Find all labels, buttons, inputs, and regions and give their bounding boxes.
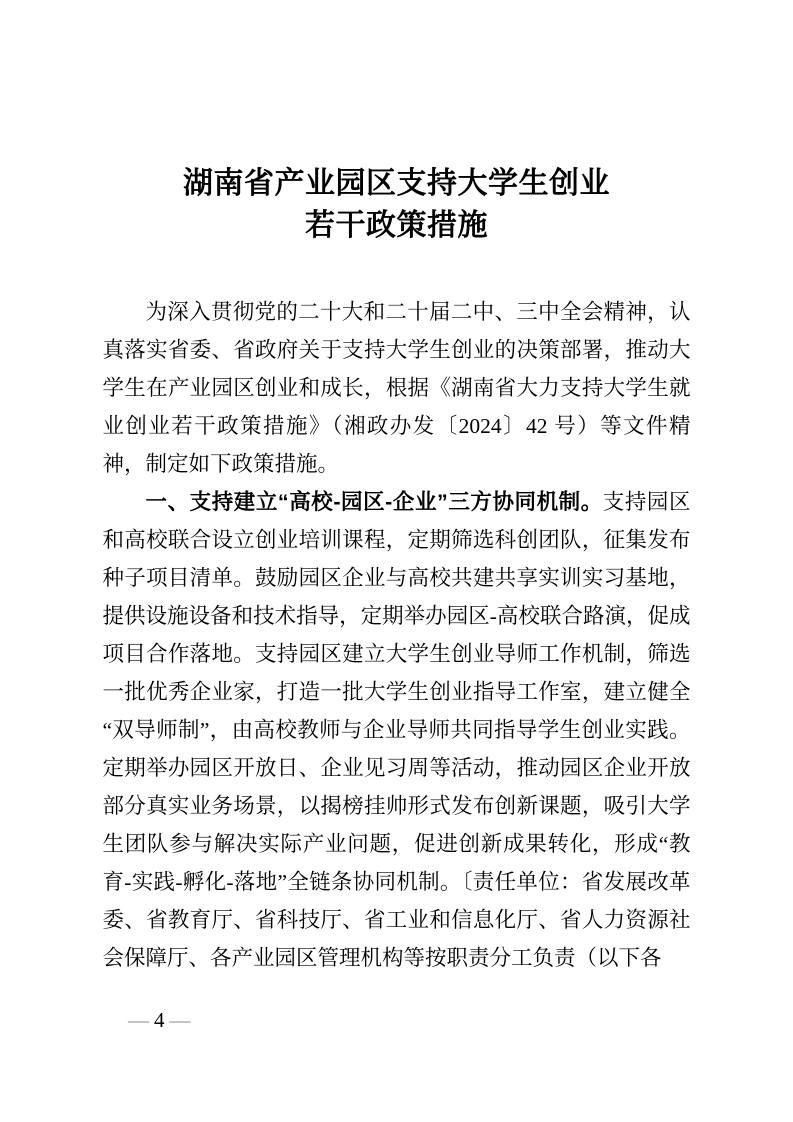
page-number: 4 bbox=[154, 1008, 165, 1032]
title-line-2: 若干政策措施 bbox=[0, 205, 793, 247]
paragraph-section-1: 一、支持建立“高校-园区-企业”三方协同机制。支持园区和高校联合设立创业培训课程… bbox=[103, 483, 691, 977]
footer-right-dash: — bbox=[170, 1008, 191, 1032]
section-1-heading: 一、支持建立“高校-园区-企业”三方协同机制。 bbox=[146, 490, 603, 514]
document-page: 湖南省产业园区支持大学生创业 若干政策措施 为深入贯彻党的二十大和二十届二中、三… bbox=[0, 0, 793, 1122]
page-footer: —4— bbox=[128, 1008, 191, 1032]
section-1-text: 支持园区和高校联合设立创业培训课程，定期筛选科创团队，征集发布种子项目清单。鼓励… bbox=[103, 490, 691, 970]
footer-left-dash: — bbox=[128, 1008, 149, 1032]
paragraph-intro: 为深入贯彻党的二十大和二十届二中、三中全会精神，认真落实省委、省政府关于支持大学… bbox=[103, 293, 691, 483]
title-line-1: 湖南省产业园区支持大学生创业 bbox=[0, 163, 793, 205]
document-body: 为深入贯彻党的二十大和二十届二中、三中全会精神，认真落实省委、省政府关于支持大学… bbox=[103, 293, 691, 977]
document-title: 湖南省产业园区支持大学生创业 若干政策措施 bbox=[0, 163, 793, 247]
